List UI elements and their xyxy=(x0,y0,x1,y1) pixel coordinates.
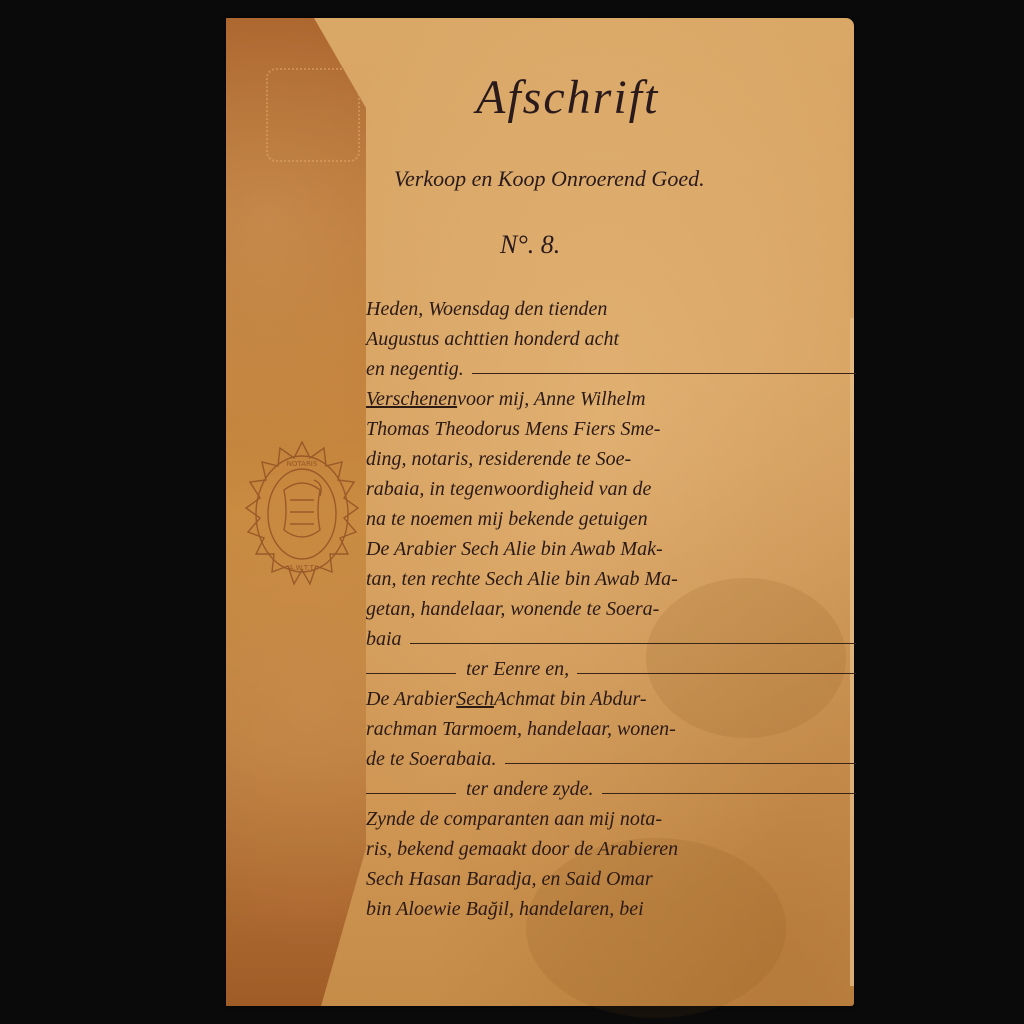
deed-line: Zynde de comparanten aan mij nota- xyxy=(366,804,856,834)
deed-line: tan, ten rechte Sech Alie bin Awab Ma- xyxy=(366,564,856,594)
deed-line: baia xyxy=(366,624,856,654)
fill-rule xyxy=(366,793,456,794)
deed-line: rabaia, in tegenwoordigheid van de xyxy=(366,474,856,504)
deed-body: Heden, Woensdag den tienden Augustus ach… xyxy=(366,294,856,924)
deed-line: De Arabier Sech Achmat bin Abdur- xyxy=(366,684,856,714)
fill-rule xyxy=(472,373,856,374)
deed-line: ter Eenre en, xyxy=(366,654,856,684)
fill-rule xyxy=(366,673,456,674)
deed-line: De Arabier Sech Alie bin Awab Mak- xyxy=(366,534,856,564)
deed-line: na te noemen mij bekende getuigen xyxy=(366,504,856,534)
deed-line: getan, handelaar, wonende te Soera- xyxy=(366,594,856,624)
deed-line: Augustus achttien honderd acht xyxy=(366,324,856,354)
document-number: N°. 8. xyxy=(500,230,560,260)
document-page: NOTARIS A.W.T.T. Afschrift Verkoop en Ko… xyxy=(226,18,854,1006)
emboss-mark-icon xyxy=(266,68,360,162)
deed-line: de te Soerabaia. xyxy=(366,744,856,774)
deed-line: Sech Hasan Baradja, en Said Omar xyxy=(366,864,856,894)
fill-rule xyxy=(602,793,856,794)
handwritten-content: Afschrift Verkoop en Koop Onroerend Goed… xyxy=(366,18,844,1006)
deed-line: Heden, Woensdag den tienden xyxy=(366,294,856,324)
deed-line: rachman Tarmoem, handelaar, wonen- xyxy=(366,714,856,744)
notary-seal-icon: NOTARIS A.W.T.T. xyxy=(244,440,360,596)
svg-text:A.W.T.T.: A.W.T.T. xyxy=(289,564,316,572)
fill-rule xyxy=(505,763,856,764)
deed-line: Thomas Theodorus Mens Fiers Sme- xyxy=(366,414,856,444)
fill-rule xyxy=(410,643,856,644)
deed-line: bin Aloewie Bağil, handelaren, bei xyxy=(366,894,856,924)
document-subtitle: Verkoop en Koop Onroerend Goed. xyxy=(394,166,854,192)
fill-rule xyxy=(577,673,856,674)
document-title: Afschrift xyxy=(476,70,756,125)
svg-text:NOTARIS: NOTARIS xyxy=(287,460,318,468)
deed-line: Verschenen voor mij, Anne Wilhelm xyxy=(366,384,856,414)
deed-line: ris, bekend gemaakt door de Arabieren xyxy=(366,834,856,864)
deed-line: en negentig. xyxy=(366,354,856,384)
deed-line: ter andere zyde. xyxy=(366,774,856,804)
deed-line: ding, notaris, residerende te Soe- xyxy=(366,444,856,474)
